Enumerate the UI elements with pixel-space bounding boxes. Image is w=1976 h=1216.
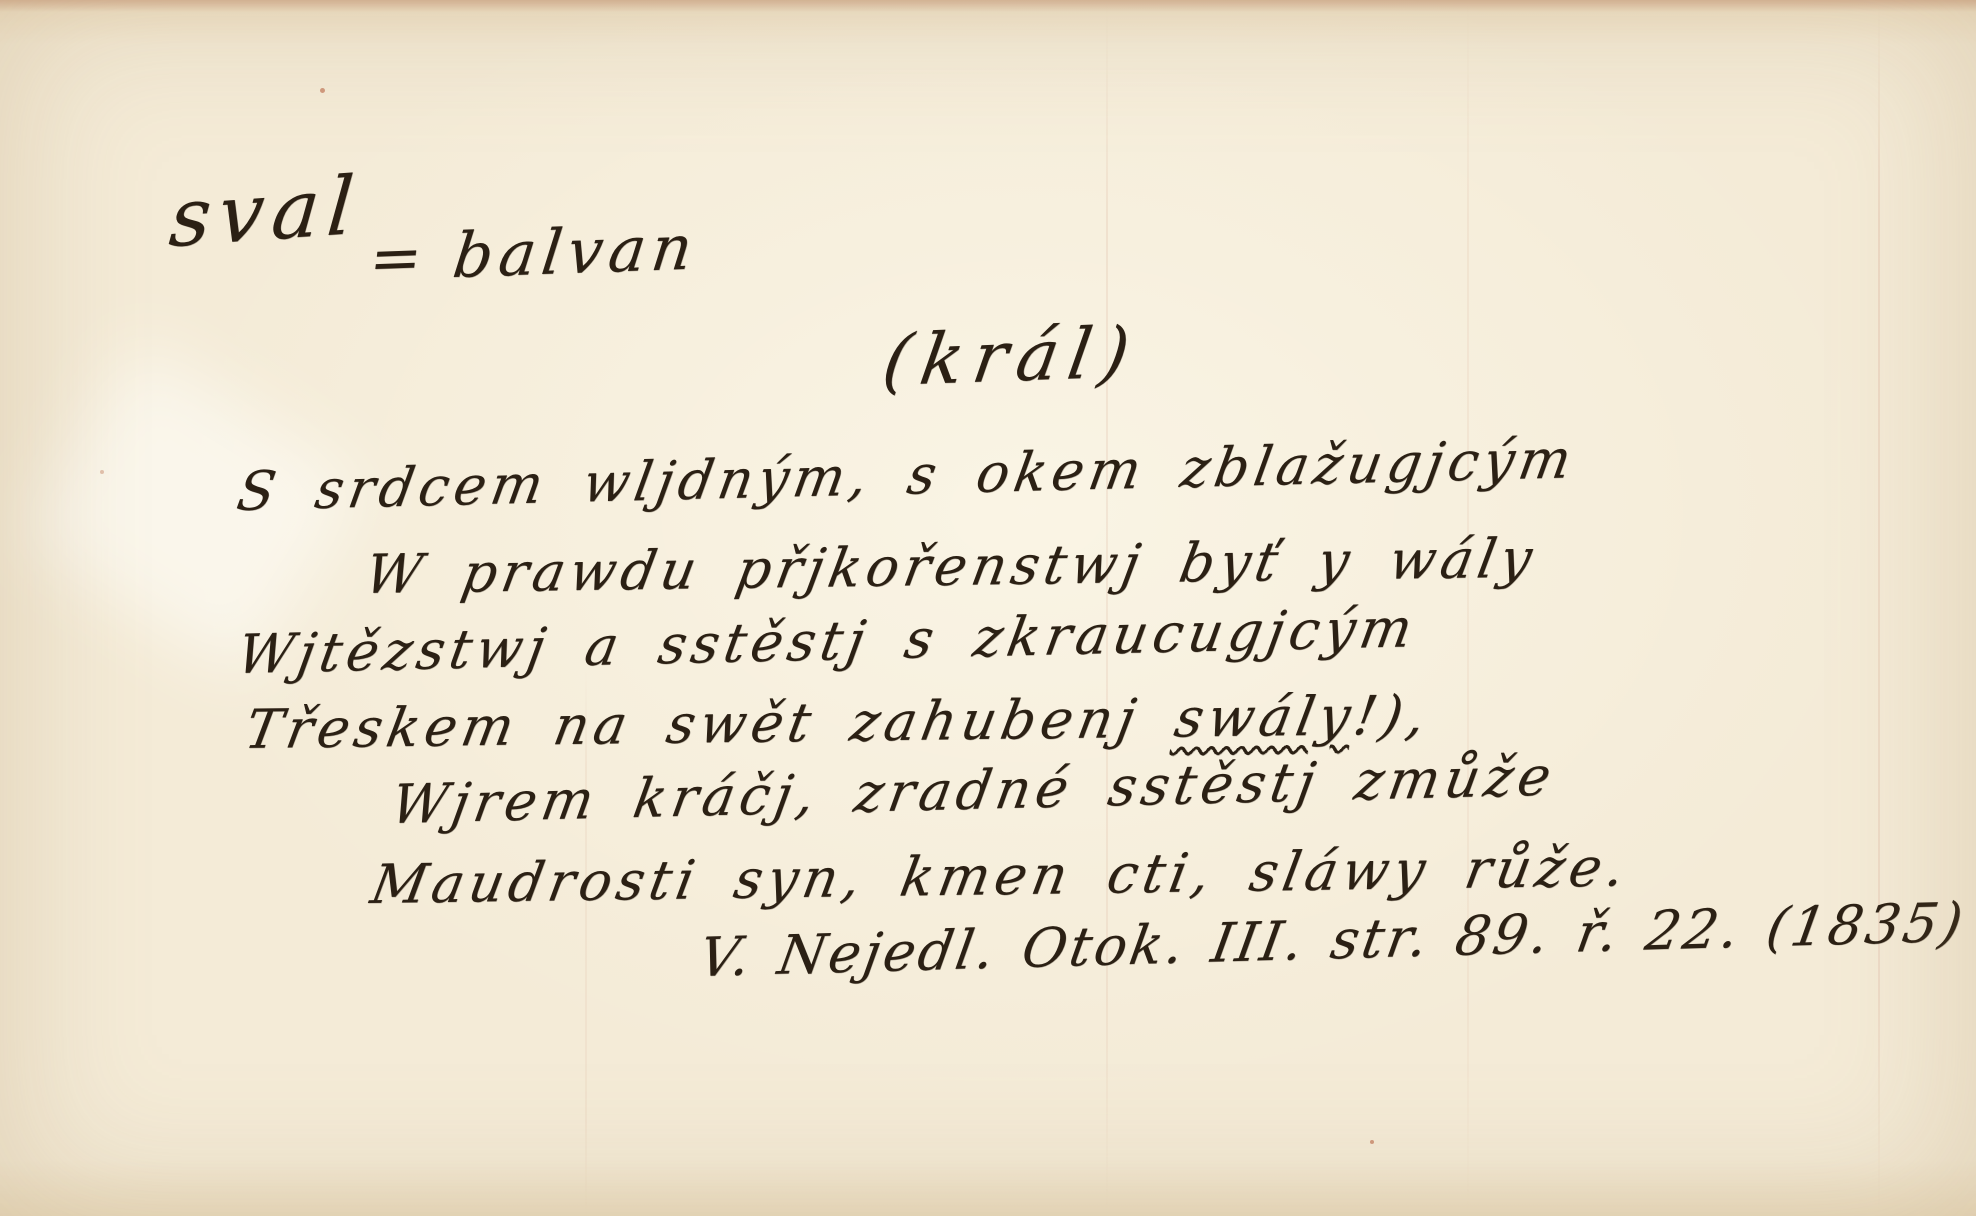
- verse-line-4: Třeskem na swět zahubenj swály!),: [240, 683, 1435, 761]
- paper-crease: [1467, 0, 1469, 1216]
- verse-line-3: Wjtězstwj a sstěstj s zkraucugjcým: [233, 596, 1422, 686]
- annotation-kral: (král): [877, 311, 1145, 402]
- paper-speck: [320, 88, 325, 93]
- manuscript-card: sval = balvan (král) S srdcem wljdným, s…: [0, 0, 1976, 1216]
- paper-crease: [1878, 0, 1880, 1216]
- paper-speck: [100, 470, 104, 474]
- verse-line-4-pre: Třeskem na swět zahubenj: [240, 687, 1181, 762]
- verse-line-5: Wjrem kráčj, zradné sstěstj zmůže: [387, 744, 1561, 836]
- verse-line-4-post: !),: [1349, 683, 1435, 747]
- headword: sval: [166, 158, 365, 265]
- verse-line-1: S srdcem wljdným, s okem zblažugjcým: [233, 427, 1581, 523]
- verse-line-4-underlined-word: swály: [1170, 684, 1360, 749]
- verse-line-6: Maudrosti syn, kmen cti, sláwy růže.: [366, 835, 1634, 916]
- verse-line-2: W prawdu přjkořenstwj byť y wály: [360, 527, 1541, 607]
- headword-gloss: = balvan: [365, 210, 702, 295]
- paper-top-edge-shadow: [0, 0, 1976, 12]
- paper-speck: [1370, 1140, 1374, 1144]
